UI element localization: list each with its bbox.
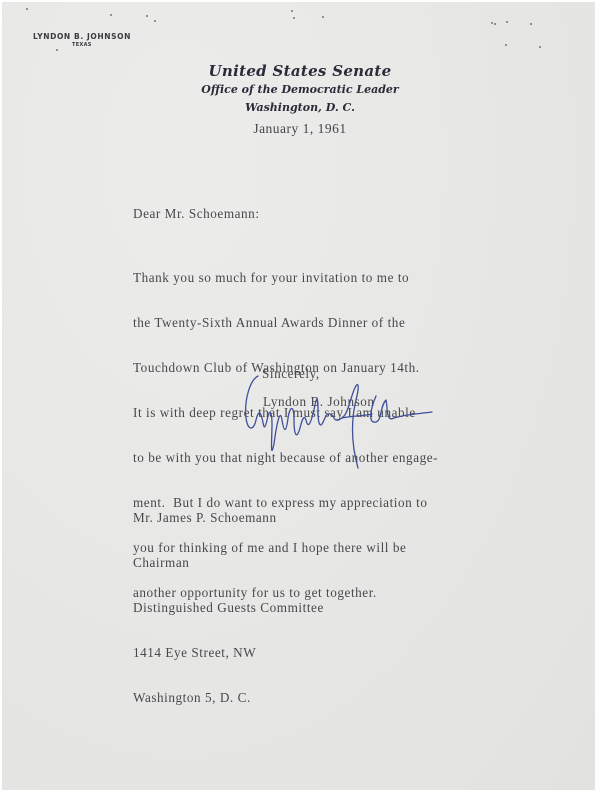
body-line: Thank you so much for your invitation to… bbox=[133, 270, 438, 285]
recipient-address: Mr. James P. Schoemann Chairman Distingu… bbox=[133, 480, 324, 720]
paper-speck bbox=[293, 17, 295, 19]
body-line: the Twenty-Sixth Annual Awards Dinner of… bbox=[133, 315, 438, 330]
paper-speck bbox=[506, 21, 508, 23]
recipient-street: 1414 Eye Street, NW bbox=[133, 645, 324, 660]
letter-date: January 1, 1961 bbox=[200, 121, 400, 137]
letterhead-sender-name: LYNDON B. JOHNSON bbox=[33, 32, 131, 41]
salutation: Dear Mr. Schoemann: bbox=[133, 206, 260, 221]
recipient-name: Mr. James P. Schoemann bbox=[133, 510, 324, 525]
recipient-city: Washington 5, D. C. bbox=[133, 690, 324, 705]
paper-speck bbox=[26, 8, 28, 10]
paper-speck bbox=[530, 23, 532, 25]
handwritten-signature-icon bbox=[240, 370, 440, 470]
paper-speck bbox=[110, 14, 112, 16]
paper-speck bbox=[291, 10, 293, 12]
paper-speck bbox=[491, 22, 493, 24]
paper-speck bbox=[505, 44, 507, 46]
recipient-committee: Distinguished Guests Committee bbox=[133, 600, 324, 615]
paper-speck bbox=[322, 16, 324, 18]
letterhead-sender-state: TEXAS bbox=[72, 42, 92, 48]
letterhead-location: Washington, D. C. bbox=[200, 101, 400, 114]
recipient-title: Chairman bbox=[133, 555, 324, 570]
paper-speck bbox=[494, 23, 496, 25]
paper-speck bbox=[56, 49, 58, 51]
paper-speck bbox=[146, 15, 148, 17]
paper-speck bbox=[539, 46, 541, 48]
letterhead-office: Office of the Democratic Leader bbox=[200, 83, 400, 96]
letterhead-institution: United States Senate bbox=[200, 62, 400, 80]
paper-speck bbox=[154, 20, 156, 22]
